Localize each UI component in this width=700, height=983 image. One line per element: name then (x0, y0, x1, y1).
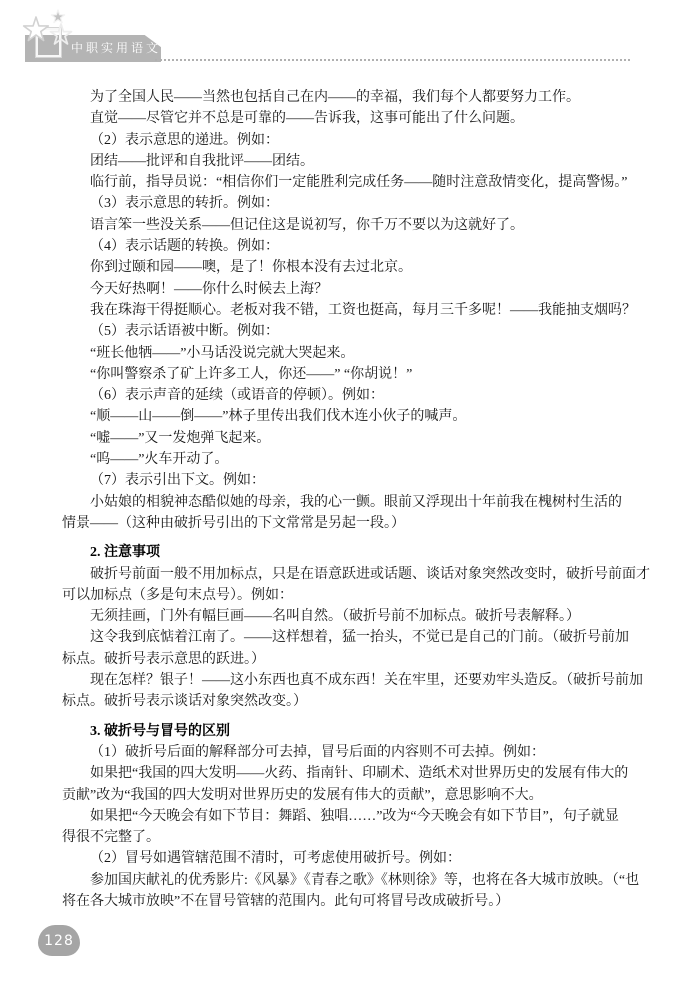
text-line: “顺——山——倒——”林子里传出我们伐木连小伙子的喊声。 (62, 406, 652, 427)
page-number: 128 (44, 933, 74, 949)
text-line: 将在各大城市放映”不在冒号管辖的范围内。此句可将冒号改成破折号。） (62, 891, 652, 912)
text-line: 如果把“今天晚会有如下节目：舞蹈、独唱……”改为“今天晚会有如下节目”，句子就显 (62, 806, 652, 827)
text-line: “你叫警察杀了矿上许多工人，你还——” “你胡说！” (62, 364, 652, 385)
text-line: 直觉——尽管它并不总是可靠的——告诉我，这事可能出了什么问题。 (62, 108, 652, 129)
text-line: 团结——批评和自我批评——团结。 (62, 151, 652, 172)
text-line: 为了全国人民——当然也包括自己在内——的幸福，我们每个人都要努力工作。 (62, 87, 652, 108)
text-line: 今天好热啊！——你什么时候去上海？ (62, 279, 652, 300)
text-line: 破折号前面一般不用加标点，只是在语意跃进或话题、谈话对象突然改变时，破折号前面才 (62, 564, 652, 585)
text-line: “嘘——”又一发炮弹飞起来。 (62, 428, 652, 449)
text-line: （3）表示意思的转折。例如： (62, 193, 652, 214)
section-heading: 2. 注意事项 (62, 542, 652, 563)
text-line: 可以加标点（多是句末点号）。例如： (62, 585, 652, 606)
section-heading: 3. 破折号与冒号的区别 (62, 721, 652, 742)
text-line: 无须挂画，门外有幅巨画——名叫自然。（破折号前不加标点。破折号表解释。） (62, 606, 652, 627)
header-divider (155, 47, 630, 61)
page-header: 中职实用语文 (0, 0, 700, 70)
text-line: 情景——（这种由破折号引出的下文常常是另起一段。） (62, 513, 652, 534)
text-line: 你到过颐和园——噢，是了！你根本没有去过北京。 (62, 257, 652, 278)
text-line: 标点。破折号表示意思的跃进。） (62, 649, 652, 670)
text-line: （7）表示引出下文。例如： (62, 470, 652, 491)
page-body-text: 为了全国人民——当然也包括自己在内——的幸福，我们每个人都要努力工作。直觉——尽… (62, 87, 652, 912)
text-line: 语言笨一些没关系——但记住这是说初写，你千万不要以为这就好了。 (62, 215, 652, 236)
text-line: “班长他牺——”小马话没说完就大哭起来。 (62, 343, 652, 364)
text-line: “呜——”火车开动了。 (62, 449, 652, 470)
text-line: 得很不完整了。 (62, 827, 652, 848)
page-number-badge: 128 (38, 925, 80, 956)
text-line: 贡献”改为“我国的四大发明对世界历史的发展有伟大的贡献”，意思影响不大。 (62, 785, 652, 806)
text-line: 参加国庆献礼的优秀影片:《风暴》《青春之歌》《林则徐》等，也将在各大城市放映。（… (62, 870, 652, 891)
text-line: 这令我到底惦着江南了。——这样想着，猛一抬头，不觉已是自己的门前。（破折号前加 (62, 627, 652, 648)
text-line: 临行前，指导员说：“相信你们一定能胜利完成任务——随时注意敌情变化，提高警惕。” (62, 172, 652, 193)
text-line: （4）表示话题的转换。例如： (62, 236, 652, 257)
text-line: 我在珠海干得挺顺心。老板对我不错，工资也挺高，每月三千多呢！——我能抽支烟吗？ (62, 300, 652, 321)
text-line: 标点。破折号表示谈话对象突然改变。） (62, 691, 652, 712)
text-line: （1）破折号后面的解释部分可去掉，冒号后面的内容则不可去掉。例如： (62, 742, 652, 763)
text-line: 小姑娘的相貌神态酷似她的母亲，我的心一颤。眼前又浮现出十年前我在槐树村生活的 (62, 492, 652, 513)
textbook-page: 中职实用语文 为了全国人民——当然也包括自己在内——的幸福，我们每个人都要努力工… (0, 0, 700, 983)
stars-icon (18, 8, 78, 53)
text-line: （5）表示话语被中断。例如： (62, 321, 652, 342)
text-line: （6）表示声音的延续（或语音的停顿）。例如： (62, 385, 652, 406)
text-line: （2）冒号如遇管辖范围不清时，可考虑使用破折号。例如： (62, 848, 652, 869)
text-line: 如果把“我国的四大发明——火药、指南针、印刷术、造纸术对世界历史的发展有伟大的 (62, 763, 652, 784)
text-line: （2）表示意思的递进。例如： (62, 130, 652, 151)
text-line: 现在怎样？银子！——这小东西也真不成东西！关在牢里，还要劝牢头造反。（破折号前加 (62, 670, 652, 691)
